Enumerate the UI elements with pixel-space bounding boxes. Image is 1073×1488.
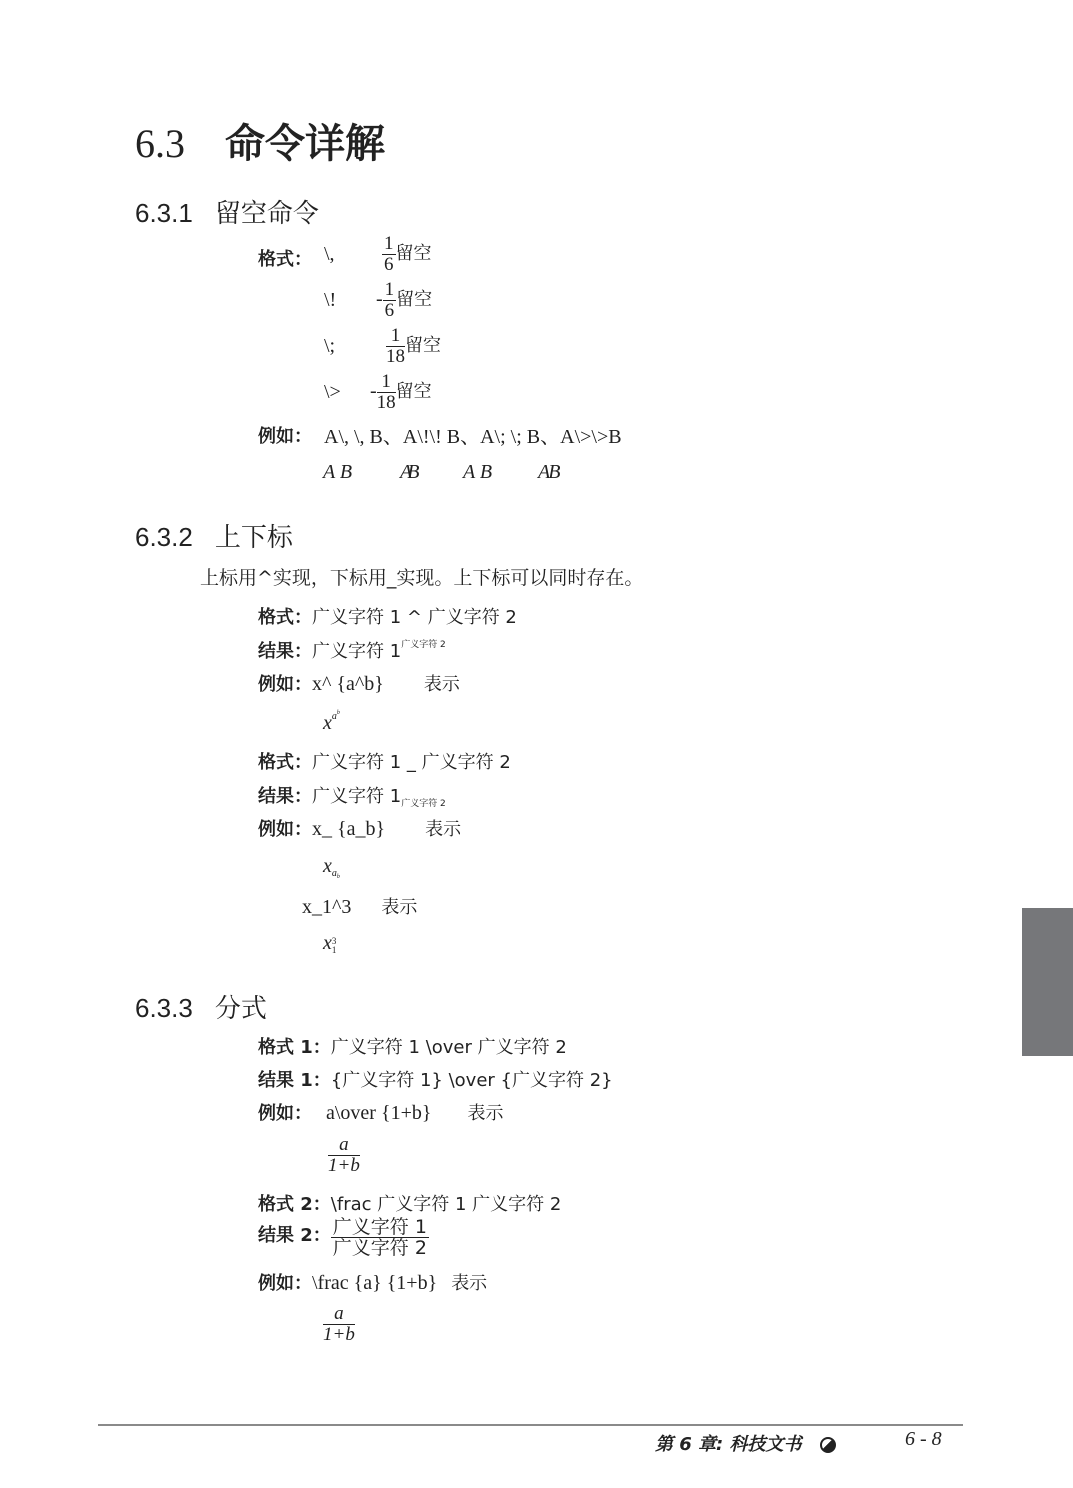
- result-line: 结果：广义字符 1广义字符 2: [258, 782, 446, 809]
- math-superscript: xab: [323, 710, 340, 735]
- spacing-row: 16留空: [382, 234, 432, 275]
- cmd: \!: [324, 289, 336, 312]
- cmd: \,: [324, 243, 335, 266]
- math-fraction: a1+b: [323, 1304, 355, 1345]
- format-label: 格式：: [258, 245, 312, 271]
- subsection-number: 6.3.2: [135, 522, 193, 552]
- intro-text: 上标用^实现，下标用_实现。上下标可以同时存在。: [200, 563, 643, 590]
- result-3: A B: [463, 461, 492, 484]
- subsection-heading-6-3-1: 6.3.1留空命令: [135, 193, 319, 230]
- result-line: 结果 1：{广义字符 1} \over {广义字符 2}: [258, 1066, 613, 1092]
- math-subscript: xab: [323, 855, 340, 880]
- example-line: 例如：x_ {a_b}表示: [258, 815, 461, 841]
- section-heading: 6.3命令详解: [135, 112, 385, 169]
- result-line: 结果 2：广义字符 1广义字符 2: [258, 1217, 429, 1258]
- subsection-number: 6.3.3: [135, 993, 193, 1023]
- math-sub-sup: x31: [323, 932, 336, 955]
- example-line: 例如：x^ {a^b}表示: [258, 670, 460, 696]
- subsection-title: 分式: [215, 993, 267, 1023]
- format-line: 格式：广义字符 1 ^ 广义字符 2: [258, 603, 517, 629]
- cmd: \>: [324, 381, 341, 404]
- half-circle-icon: [820, 1437, 836, 1453]
- format-line: 格式 2：\frac 广义字符 1 广义字符 2: [258, 1190, 561, 1216]
- example-label: 例如：: [258, 422, 312, 448]
- footer-rule: [98, 1424, 963, 1426]
- spacing-row: -118留空: [370, 372, 432, 413]
- chapter-side-tab: [1022, 908, 1073, 1056]
- footer-chapter: 第 6 章: 科技文书: [655, 1430, 836, 1456]
- subsection-heading-6-3-3: 6.3.3分式: [135, 988, 267, 1025]
- subsection-number: 6.3.1: [135, 198, 193, 228]
- result-4: AB: [538, 461, 558, 484]
- spacing-row: -16留空: [376, 280, 432, 321]
- result-1: A B: [323, 461, 352, 484]
- example-line: 例如：a\over {1+b}表示: [258, 1099, 503, 1125]
- example-line: 例如：\frac {a} {1+b}表示: [258, 1269, 487, 1295]
- result-2: AB: [400, 461, 414, 484]
- subsection-title: 留空命令: [215, 198, 319, 228]
- section-number: 6.3: [135, 121, 185, 166]
- result-line: 结果：广义字符 1广义字符 2: [258, 637, 446, 663]
- example-line: x_1^3表示: [302, 893, 417, 919]
- math-fraction: a1+b: [328, 1135, 360, 1176]
- example-code: A\, \, B、A\!\! B、A\; \; B、A\>\>B: [324, 420, 622, 449]
- subsection-heading-6-3-2: 6.3.2上下标: [135, 517, 293, 554]
- subsection-title: 上下标: [215, 522, 293, 552]
- format-line: 格式 1：广义字符 1 \over 广义字符 2: [258, 1033, 567, 1059]
- page-number: 6 - 8: [905, 1428, 942, 1451]
- format-line: 格式：广义字符 1 _ 广义字符 2: [258, 748, 511, 774]
- spacing-row: 118留空: [386, 326, 441, 367]
- cmd: \;: [324, 335, 335, 358]
- section-title: 命令详解: [225, 121, 385, 167]
